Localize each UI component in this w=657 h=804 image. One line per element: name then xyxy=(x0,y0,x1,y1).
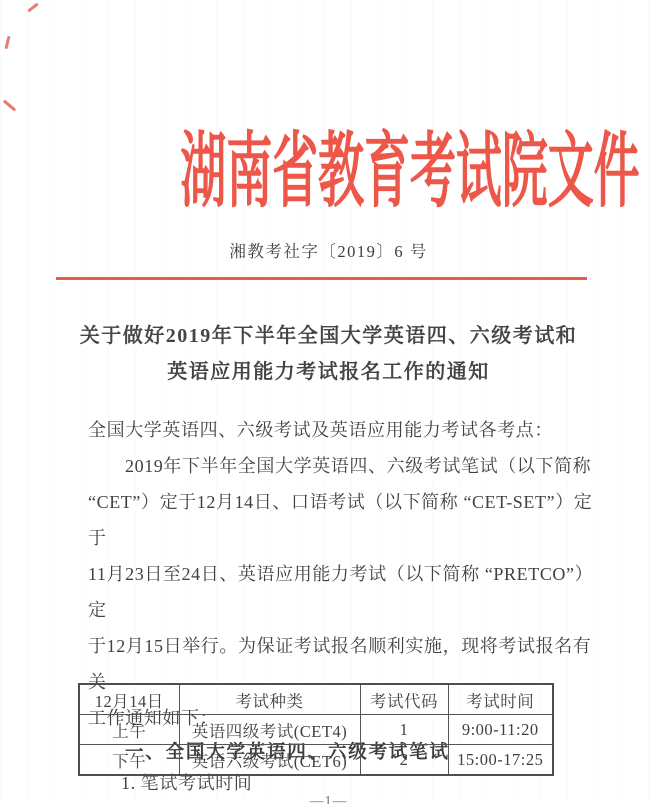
document-number: 湘教考社字〔2019〕6 号 xyxy=(0,240,657,264)
letterhead: 湖南省教育考试院文件 xyxy=(0,122,657,222)
cell-session: 上午 xyxy=(79,715,179,745)
salutation-line: 全国大学英语四、六级考试及英语应用能力考试各考点： xyxy=(88,412,600,448)
red-scan-mark-2 xyxy=(4,36,10,49)
paragraph-line: “CET”）定于12月14日、口语考试（以下简称 “CET-SET”）定于 xyxy=(88,484,600,556)
page-number: —1— xyxy=(0,792,657,804)
table-row: 下午 英语六级考试(CET6) 2 15:00-17:25 xyxy=(79,745,553,776)
table-header-row: 12月14日 考试种类 考试代码 考试时间 xyxy=(79,684,553,715)
table-header-exam-code: 考试代码 xyxy=(360,684,448,715)
cell-exam-type: 英语六级考试(CET6) xyxy=(179,745,360,776)
letterhead-title: 湖南省教育考试院文件 xyxy=(180,122,639,222)
paragraph-line: 2019年下半年全国大学英语四、六级考试笔试（以下简称 xyxy=(88,448,600,484)
red-scan-mark-3 xyxy=(3,100,16,112)
document-page: 湖南省教育考试院文件 湘教考社字〔2019〕6 号 关于做好2019年下半年全国… xyxy=(0,0,657,804)
document-title-line2: 英语应用能力考试报名工作的通知 xyxy=(0,354,657,390)
table-header-date: 12月14日 xyxy=(79,684,179,715)
document-title-line1: 关于做好2019年下半年全国大学英语四、六级考试和 xyxy=(0,318,657,354)
table-header-exam-type: 考试种类 xyxy=(179,684,360,715)
table-header-exam-time: 考试时间 xyxy=(448,684,553,715)
cell-exam-time: 9:00-11:20 xyxy=(448,715,553,745)
red-scan-mark-1 xyxy=(27,3,38,13)
written-exam-schedule-table: 12月14日 考试种类 考试代码 考试时间 上午 英语四级考试(CET4) 1 … xyxy=(78,683,554,776)
document-title: 关于做好2019年下半年全国大学英语四、六级考试和 英语应用能力考试报名工作的通… xyxy=(0,318,657,390)
table-row: 上午 英语四级考试(CET4) 1 9:00-11:20 xyxy=(79,715,553,745)
cell-exam-type: 英语四级考试(CET4) xyxy=(179,715,360,745)
cell-exam-code: 1 xyxy=(360,715,448,745)
cell-exam-code: 2 xyxy=(360,745,448,776)
cell-session: 下午 xyxy=(79,745,179,776)
red-divider-rule xyxy=(56,277,587,280)
cell-exam-time: 15:00-17:25 xyxy=(448,745,553,776)
paragraph-line: 11月23日至24日、英语应用能力考试（以下简称 “PRETCO”）定 xyxy=(88,556,600,628)
